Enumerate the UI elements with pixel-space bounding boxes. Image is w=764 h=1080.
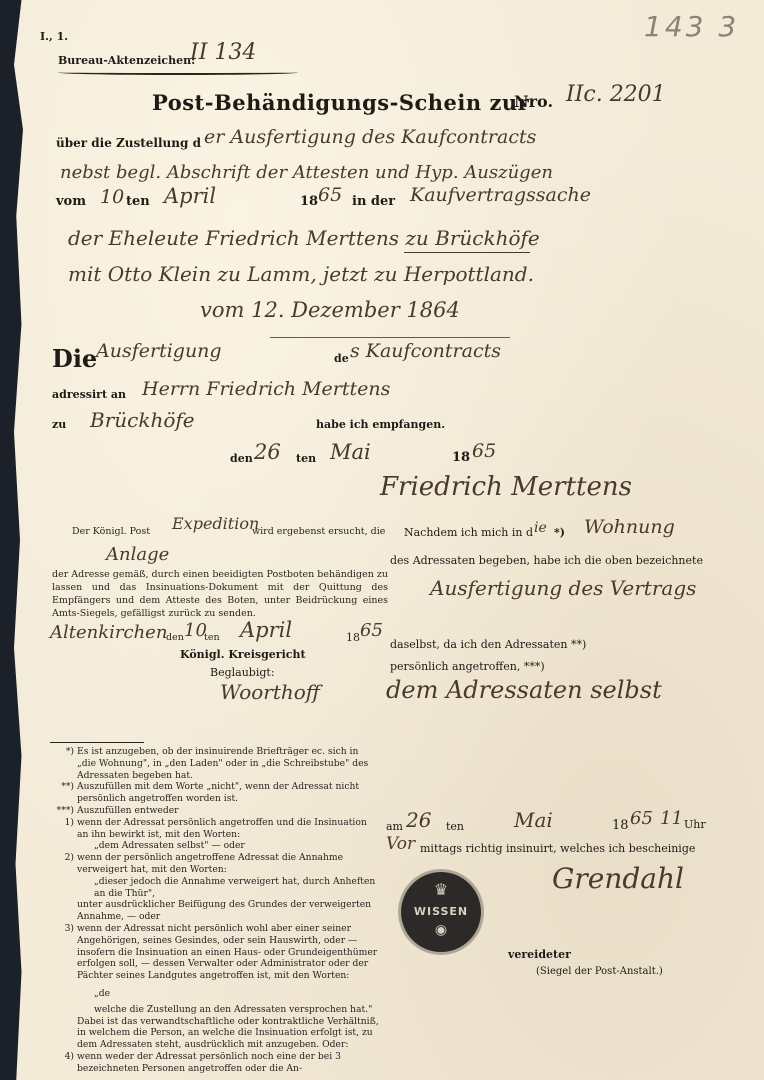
seal-text: WISSEN [401, 905, 481, 918]
vom-year-prefix: 18 [300, 194, 318, 209]
name-underline [404, 252, 530, 253]
attest-recipient-hand: dem Adressaten selbst [386, 676, 662, 704]
attest-line2: des Adressaten begeben, habe ich die obe… [390, 554, 703, 567]
des-hand: s Kaufcontracts [350, 340, 501, 362]
vom-label: vom [56, 194, 86, 209]
form-title: Post-Behändigungs-Schein zur [152, 90, 529, 115]
title-no-value: IIc. 2201 [566, 82, 666, 107]
request-hand: Expedition [172, 514, 259, 533]
request-prefix: Der Königl. Post [72, 526, 150, 538]
request-place: Altenkirchen [50, 622, 167, 643]
vom-day: 10 [100, 186, 124, 208]
request-den: den [166, 632, 184, 644]
footnote: unter ausdrücklicher Beifügung des Grund… [46, 899, 380, 923]
den-month: Mai [330, 440, 371, 464]
am-ten: ten [446, 820, 464, 833]
bureau-flourish [58, 70, 298, 75]
strike-line [270, 337, 510, 338]
am-year-prefix: 18 [612, 818, 629, 833]
attest-line1-prefix: Nachdem ich mich in d [404, 526, 533, 539]
des-label: de [334, 352, 349, 365]
am-month: Mai [514, 808, 553, 832]
den-day: 26 [254, 440, 281, 464]
footnote: „de [46, 988, 380, 1000]
in-der-label: in der [352, 194, 395, 209]
footnote: welche die Zustellung an den Adressaten … [46, 1004, 380, 1016]
vor-hand: Vor [386, 834, 415, 854]
court-signature: Woorthoff [220, 680, 320, 704]
footnote: „dem Adressaten selbst" — oder [46, 840, 380, 852]
court-name: Königl. Kreisgericht [180, 648, 306, 661]
case-hand-1: Kaufvertragssache [410, 184, 591, 206]
post-seal: ♛ WISSEN ◉ [401, 872, 481, 952]
title-no-label: Nro. [514, 92, 553, 111]
vom-month: April [164, 184, 216, 208]
document-paper: I., 1. 143 3 Bureau-Aktenzeichen: II 134… [14, 0, 764, 1080]
zu-label: zu [52, 418, 66, 431]
attest-line1-hand-a: ie [534, 520, 547, 536]
attest-line4: persönlich angetroffen, ***) [390, 660, 545, 673]
case-hand-3: mit Otto Klein zu Lamm, jetzt zu Herpott… [68, 262, 534, 286]
den-year-prefix: 18 [452, 450, 470, 465]
anlage-hand: Anlage [106, 544, 169, 565]
die-label: Die [52, 344, 97, 373]
attest-line5: mittags richtig insinuirt, welches ich b… [420, 842, 695, 855]
den-year-suffix: 65 [472, 440, 496, 462]
adressirt-label: adressirt an [52, 388, 126, 401]
footnote: **)Auszufüllen mit dem Worte „nicht", we… [46, 781, 380, 805]
zu-hand: Brückhöfe [90, 408, 195, 432]
attest-line1-marker: *) [554, 526, 565, 539]
empfangen-label: habe ich empfangen. [316, 418, 445, 431]
delivery-hand-1: er Ausfertigung des Kaufcontracts [204, 126, 536, 148]
archive-pencil-number: 143 3 [644, 10, 739, 43]
footnote: 3)wenn der Adressat nicht persönlich woh… [46, 923, 380, 982]
footnote: 2)wenn der persönlich angetroffene Adres… [46, 852, 380, 876]
den-ten: ten [296, 452, 316, 465]
request-body: der Adresse gemäß, durch einen beeidigte… [52, 568, 388, 620]
uhr-label: Uhr [684, 818, 706, 831]
am-label: am [386, 820, 403, 833]
footnotes: *)Es ist anzugeben, ob der insinuirende … [46, 746, 380, 1075]
request-year-prefix: 18 [346, 632, 360, 644]
crown-icon: ♛ [401, 880, 481, 899]
footnote: Dabei ist das verwandtschaftliche oder k… [46, 1016, 380, 1051]
footnote-rule [50, 742, 144, 743]
adressirt-hand: Herrn Friedrich Merttens [142, 378, 390, 400]
request-ten: ten [204, 632, 220, 644]
footnote: *)Es ist anzugeben, ob der insinuirende … [46, 746, 380, 781]
am-day: 26 [406, 808, 431, 832]
footnote: „dieser jedoch die Annahme verweigert ha… [46, 876, 380, 900]
vom-year-suffix: 65 [318, 184, 342, 206]
attest-line3: daselbst, da ich den Adressaten **) [390, 638, 586, 651]
delivery-label: über die Zustellung d [56, 136, 201, 150]
request-month: April [240, 618, 292, 642]
request-year-suffix: 65 [360, 620, 383, 641]
case-hand-4: vom 12. Dezember 1864 [200, 298, 460, 322]
posthorn-icon: ◉ [401, 922, 481, 938]
vereideter-label: vereideter [508, 948, 571, 961]
case-hand-2: der Eheleute Friedrich Merttens zu Brück… [68, 226, 540, 250]
attest-item-hand: Ausfertigung des Vertrags [430, 576, 696, 600]
die-hand: Ausfertigung [96, 340, 222, 362]
footnote: ***)Auszufüllen entweder [46, 805, 380, 817]
recipient-signature: Friedrich Merttens [380, 472, 632, 502]
footnote: 1)wenn der Adressat persönlich angetroff… [46, 817, 380, 841]
form-number: I., 1. [40, 30, 68, 43]
am-year-suffix: 65 [630, 808, 653, 829]
seal-caption: (Siegel der Post-Anstalt.) [536, 966, 663, 977]
footnote: 4)wenn weder der Adressat persönlich noc… [46, 1051, 380, 1075]
beglaubigt-label: Beglaubigt: [210, 666, 275, 679]
den-label: den [230, 452, 253, 465]
postman-signature: Grendahl [552, 862, 684, 895]
vom-ten: ten [126, 194, 150, 209]
bureau-label: Bureau-Aktenzeichen: [58, 54, 195, 67]
bureau-value: II 134 [190, 40, 256, 65]
uhr-hand: 11 [660, 808, 683, 829]
attest-line1-hand-b: Wohnung [584, 516, 675, 538]
request-suffix: wird ergebenst ersucht, die [252, 526, 385, 538]
delivery-hand-2: nebst begl. Abschrift der Attesten und H… [60, 162, 553, 183]
